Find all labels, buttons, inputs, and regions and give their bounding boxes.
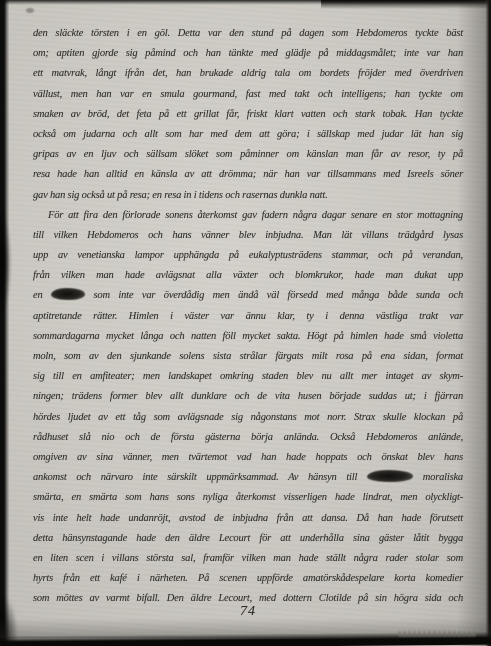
- text-line: hördes ljudet av ett tåg som avlägsnade …: [33, 408, 463, 428]
- text-block: den släckte törsten i en göl. Detta var …: [33, 24, 463, 609]
- text-line: också om judarna och allt som har med de…: [33, 125, 463, 145]
- text-line: gripas av en ljuv och sällsam slöket som…: [33, 145, 463, 165]
- page-shadow-right: [457, 0, 485, 646]
- text-line: från vilken man hade avlägsnat alla växt…: [33, 266, 463, 286]
- text-line: vällust, men han var en smula gourmand, …: [33, 85, 463, 105]
- text-line: För att fira den förlorade sonens återko…: [33, 206, 463, 226]
- ink-blot-redaction: [367, 470, 413, 482]
- text-line: omgiven av sina vänner, men tvärtemot va…: [33, 448, 463, 468]
- text-line: till vilken Hebdomeros och hans vänner b…: [33, 226, 463, 246]
- scanned-book-page: den släckte törsten i en göl. Detta var …: [0, 0, 491, 646]
- text-line: smaken av bröd, det feta på ett grillat …: [33, 105, 463, 125]
- scan-edge-right: [485, 0, 491, 646]
- text-line: sommardagarna mycket långa och natten fö…: [33, 327, 463, 347]
- text-line: ningen; trädens former blev allt dunklar…: [33, 387, 463, 407]
- text-line: ankomst och närvaro inte särskilt uppmär…: [33, 468, 463, 488]
- scan-edge-left: [0, 0, 9, 646]
- text-line: vis inte helt hade undanröjt, avstod de …: [33, 509, 463, 529]
- text-line: upp av venetianska lampor upphängda på e…: [33, 246, 463, 266]
- scan-artifact-blob: [0, 215, 11, 310]
- text-line: om; aptiten gjorde sig påmind och han tä…: [33, 44, 463, 64]
- text-line: en liten scen i villans största sal, fra…: [33, 549, 463, 569]
- text-line: hyrts från ett kafé i närheten. På scene…: [33, 569, 463, 589]
- text-line: resa hade han alltid en känsla av att dr…: [33, 165, 463, 185]
- text-line: smärta, en smärta som hans sons nyliga å…: [33, 488, 463, 508]
- text-line: sig till en amfiteater; men landskapet o…: [33, 367, 463, 387]
- text-line: detta hänsynstagande hade den äldre Leco…: [33, 529, 463, 549]
- ink-blot-redaction: [51, 288, 85, 300]
- illegible-watermark: [398, 631, 476, 637]
- text-line: en som inte var överdådig men ändå väl f…: [33, 286, 463, 306]
- text-line: gav han sig också ut på resa; en resa in…: [33, 186, 463, 206]
- text-line: ett matvrak, långt ifrån det, han brukad…: [33, 64, 463, 84]
- text-line: aptitretande rätter. Himlen i väster var…: [33, 307, 463, 327]
- scan-speck: [26, 8, 34, 13]
- text-line: den släckte törsten i en göl. Detta var …: [33, 24, 463, 44]
- text-line: moln, som av den sjunkande solens sista …: [33, 347, 463, 367]
- text-line: rådhuset slå nio och de första gästerna …: [33, 428, 463, 448]
